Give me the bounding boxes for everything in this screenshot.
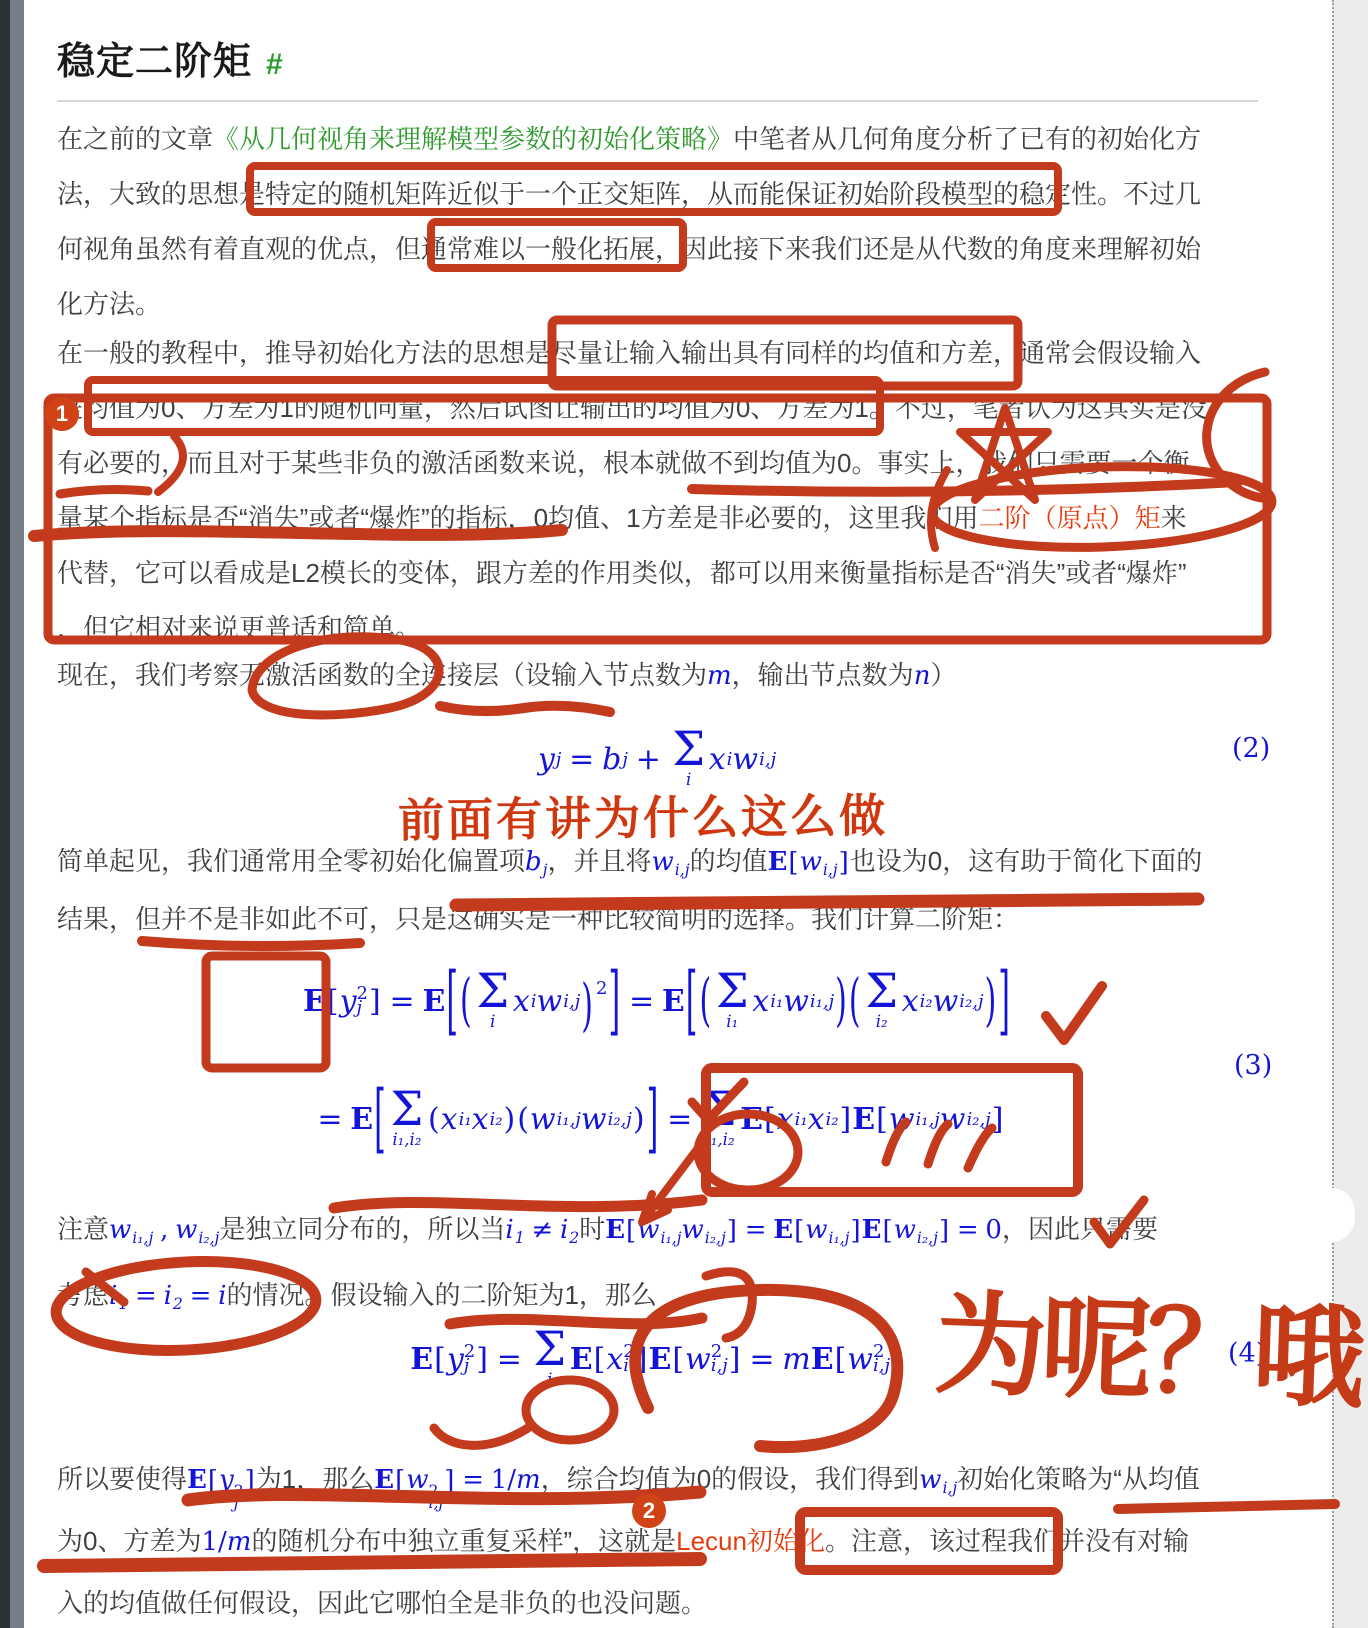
page-title: 稳定二阶矩# — [57, 30, 284, 85]
inline-math: m — [707, 661, 732, 691]
text-run: ，因此只需要 — [1002, 1214, 1158, 1244]
term-link[interactable]: 二阶（原点）矩 — [979, 503, 1161, 533]
text-line: 法，大致的思想是特定的随机矩阵近似于一个正交矩阵，从而能保证初始阶段模型的稳定性… — [57, 167, 1257, 222]
inline-math: bj — [525, 847, 548, 877]
text-run: 有必要的，而且对于某些非负的激活函数来说，根本就做不到均值为0。事实上，我们只需… — [57, 448, 1189, 478]
inline-math: E[wi,j] — [768, 847, 850, 877]
handwritten-note-1: 前面有讲为什么这么做 — [398, 779, 889, 850]
equation-line: =E[Σi₁,i₂(xi₁xi₂)(wi₁,jwi₂,j)]=Σi₁,i₂E[x… — [57, 1060, 1257, 1178]
text-run: ，但它相对来说更普适和简单。 — [57, 613, 421, 643]
paragraph-intro: 在之前的文章《从几何视角来理解模型参数的初始化策略》中笔者从几何角度分析了已有的… — [57, 112, 1257, 332]
text-run: 的随机分布中独立重复采样”，这就是 — [251, 1526, 676, 1556]
inline-math: n — [914, 661, 931, 691]
inline-math: i1≠i2 — [505, 1215, 579, 1245]
text-run: 入的均值做任何假设，因此它哪怕全是非负的也没问题。 — [57, 1588, 707, 1618]
text-run: 。注意，该过程我们并没有对输 — [825, 1526, 1189, 1556]
text-run: 何视角虽然有着直观的优点，但通常难以一般化拓展，因此接下来我们还是从代数的角度来… — [57, 234, 1201, 264]
equation-line: E[y2j]=E[(Σixiwi,j)2]=E[(Σi₁xi₁wi₁,j)(Σi… — [57, 942, 1257, 1060]
text-run: 法，大致的思想是特定的随机矩阵近似于一个正交矩阵，从而能保证初始阶段模型的稳定性… — [57, 179, 1201, 209]
page-title-text: 稳定二阶矩 — [57, 41, 252, 83]
equation-label-2: (2) — [1232, 733, 1270, 764]
paragraph-dense-layer: 现在，我们考察无激活函数的全连接层（设输入节点数为m，输出节点数为n） — [57, 648, 1257, 703]
article-link[interactable]: 《从几何视角来理解模型参数的初始化策略》 — [213, 124, 733, 154]
text-run: 在之前的文章 — [57, 124, 213, 154]
text-line: 现在，我们考察无激活函数的全连接层（设输入节点数为m，输出节点数为n） — [57, 648, 1257, 703]
divider — [57, 100, 1258, 102]
window-edge — [0, 0, 10, 1628]
inline-math: E[wi₁,jwi₂,j]=E[wi₁,j]E[wi₂,j]=0 — [605, 1215, 1002, 1245]
equation-label-3: (3) — [1234, 1050, 1272, 1081]
text-run: 是均值为0、方差为1的随机向量，然后试图让输出的均值为0、方差为1。不过，笔者认… — [57, 393, 1207, 423]
text-run: 也设为0，这有助于简化下面的 — [850, 846, 1202, 876]
text-run: 简单起见，我们通常用全零初始化偏置项 — [57, 846, 525, 876]
annotation-badge-2: 2 — [632, 1494, 666, 1528]
text-run: 的均值 — [690, 846, 768, 876]
inline-math: wi₁,j,wi₂,j — [109, 1215, 219, 1245]
article-page: 稳定二阶矩# 在之前的文章《从几何视角来理解模型参数的初始化策略》中笔者从几何角… — [0, 0, 1368, 1628]
left-scrollbar[interactable] — [10, 0, 24, 1628]
text-line: 何视角虽然有着直观的优点，但通常难以一般化拓展，因此接下来我们还是从代数的角度来… — [57, 222, 1257, 277]
paragraph-lecun: 所以要使得E[y2j]为1，那么E[w2i,j]=1/m，综合均值为0的假设，我… — [57, 1448, 1257, 1628]
annotation-badge-1: 1 — [45, 397, 79, 431]
handwritten-note-2: 为呢？哦 — [932, 1255, 1361, 1431]
text-run: 初始化策略为“从均值 — [957, 1464, 1200, 1494]
text-run: ，综合均值为0的假设，我们得到 — [541, 1464, 919, 1494]
term-link[interactable]: Lecun初始化 — [676, 1526, 825, 1556]
text-line: 结果，但并不是非如此不可，只是这确实是一种比较简明的选择。我们计算二阶矩： — [57, 890, 1257, 948]
text-line: 是均值为0、方差为1的随机向量，然后试图让输出的均值为0、方差为1。不过，笔者认… — [57, 381, 1257, 436]
inline-math: wi,j — [652, 847, 690, 877]
text-line: 入的均值做任何假设，因此它哪怕全是非负的也没问题。 — [57, 1572, 1257, 1628]
equation-3: E[y2j]=E[(Σixiwi,j)2]=E[(Σi₁xi₁wi₁,j)(Σi… — [57, 942, 1257, 1178]
text-run: 现在，我们考察无激活函数的全连接层（设输入节点数为 — [57, 660, 707, 690]
text-run: 为0、方差为 — [57, 1526, 201, 1556]
text-run: 所以要使得 — [57, 1464, 187, 1494]
text-line: 在之前的文章《从几何视角来理解模型参数的初始化策略》中笔者从几何角度分析了已有的… — [57, 112, 1257, 167]
text-run: 来 — [1161, 503, 1187, 533]
text-run: 在一般的教程中，推导初始化方法的思想是尽量让输入输出具有同样的均值和方差，通常会… — [57, 338, 1201, 368]
text-run: 是独立同分布的，所以当 — [219, 1214, 505, 1244]
inline-math: wi,j — [919, 1465, 957, 1495]
inline-math: E[y2j] — [187, 1465, 256, 1495]
text-run: 时 — [579, 1214, 605, 1244]
text-line: 量某个指标是否“消失”或者“爆炸”的指标，0均值、1方差是非必要的，这里我们用二… — [57, 491, 1257, 546]
text-line: 注意wi₁,j,wi₂,j是独立同分布的，所以当i1≠i2时E[wi₁,jwi₂… — [57, 1196, 1257, 1262]
text-run: 结果，但并不是非如此不可，只是这确实是一种比较简明的选择。我们计算二阶矩： — [57, 904, 1019, 934]
text-run: 量某个指标是否“消失”或者“爆炸”的指标，0均值、1方差是非必要的，这里我们用 — [57, 503, 979, 533]
text-run: ，输出节点数为 — [732, 660, 914, 690]
text-run: 代替，它可以看成是L2模长的变体，跟方差的作用类似，都可以用来衡量指标是否“消失… — [57, 558, 1187, 588]
text-run: 为1，那么 — [256, 1464, 374, 1494]
text-run: ） — [930, 660, 956, 690]
inline-math: 1/m — [201, 1527, 251, 1557]
inline-math: E[w2i,j]=1/m — [374, 1465, 540, 1495]
text-line: 代替，它可以看成是L2模长的变体，跟方差的作用类似，都可以用来衡量指标是否“消失… — [57, 546, 1257, 601]
text-line: 有必要的，而且对于某些非负的激活函数来说，根本就做不到均值为0。事实上，我们只需… — [57, 436, 1257, 491]
paragraph-second-moment: 在一般的教程中，推导初始化方法的思想是尽量让输入输出具有同样的均值和方差，通常会… — [57, 326, 1257, 656]
paragraph-zero-bias: 简单起见，我们通常用全零初始化偏置项bj，并且将wi,j的均值E[wi,j]也设… — [57, 832, 1257, 948]
text-run: ，并且将 — [548, 846, 652, 876]
pen-circle-sum-tail — [434, 1428, 528, 1445]
text-run: 化方法。 — [57, 289, 161, 319]
text-run: 中笔者从几何角度分析了已有的初始化方 — [733, 124, 1201, 154]
text-run: 注意 — [57, 1214, 109, 1244]
text-line: 化方法。 — [57, 277, 1257, 332]
text-line: 在一般的教程中，推导初始化方法的思想是尽量让输入输出具有同样的均值和方差，通常会… — [57, 326, 1257, 381]
anchor-link[interactable]: # — [266, 48, 284, 81]
